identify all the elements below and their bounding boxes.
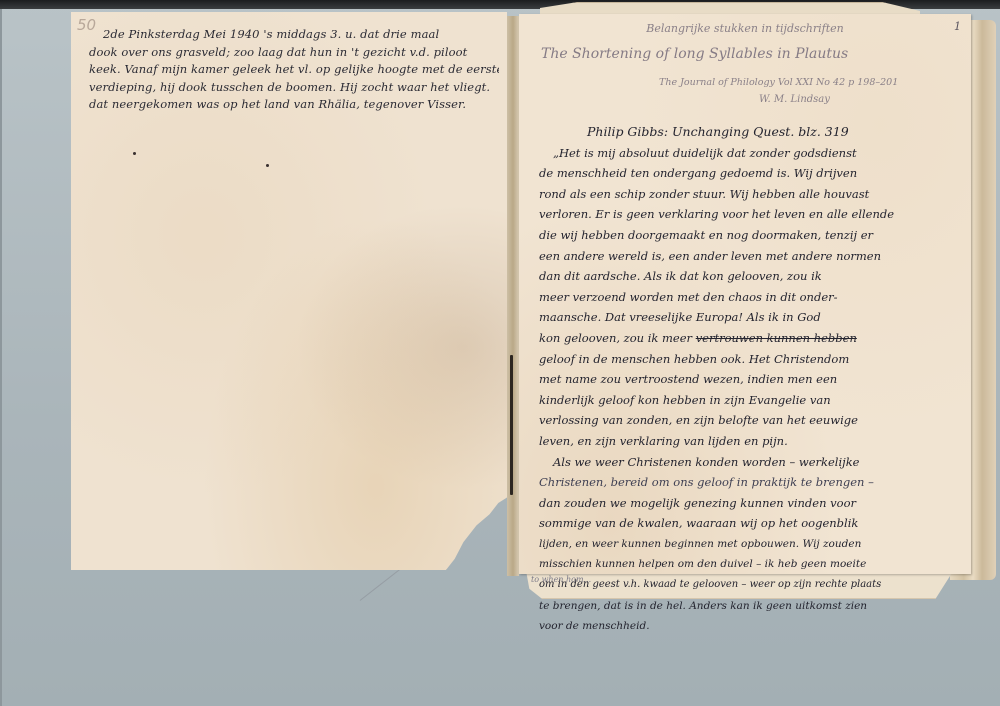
quote-source-title: Philip Gibbs: Unchanging Quest. blz. 319 — [539, 122, 969, 143]
handwritten-quotation: Philip Gibbs: Unchanging Quest. blz. 319… — [539, 122, 969, 637]
text-line: voor de menschheid. — [539, 616, 969, 637]
text-line: Als we weer Christenen konden worden – w… — [539, 452, 969, 473]
text-line: keek. Vanaf mijn kamer geleek het vl. op… — [89, 61, 499, 79]
text-line: misschien kunnen helpen om den duivel – … — [539, 554, 969, 575]
text-line: verloren. Er is geen verklaring voor het… — [539, 204, 969, 225]
text-line: dan zouden we mogelijk genezing kunnen v… — [539, 493, 969, 514]
text-line: dan dit aardsche. Als ik dat kon geloove… — [539, 266, 969, 287]
text-line: maansche. Dat vreeselijke Europa! Als ik… — [539, 307, 969, 328]
text-line: 2de Pinksterdag Mei 1940 's middags 3. u… — [89, 26, 499, 44]
struck-text: vertrouwen kunnen hebben — [696, 331, 857, 345]
text-line: dook over ons grasveld; zoo laag dat hun… — [89, 44, 499, 62]
spine-crack — [510, 355, 513, 495]
handwritten-entry: 2de Pinksterdag Mei 1940 's middags 3. u… — [89, 26, 499, 114]
text-line: leven, en zijn verklaring van lijden en … — [539, 431, 969, 452]
text-line: een andere wereld is, een ander leven me… — [539, 246, 969, 267]
text-line: kon gelooven, zou ik meer vertrouwen kun… — [539, 331, 857, 345]
text-line: verlossing van zonden, en zijn belofte v… — [539, 410, 969, 431]
pencil-journal-reference: The Journal of Philology Vol XXI No 42 p… — [659, 77, 898, 88]
text-line: de menschheid ten ondergang gedoemd is. … — [539, 163, 969, 184]
pencil-author: W. M. Lindsay — [759, 94, 830, 105]
text-line: die wij hebben doorgemaakt en nog doorma… — [539, 225, 969, 246]
text-line: om in den geest v.h. kwaad te gelooven –… — [539, 575, 969, 596]
text-line: Christenen, bereid om ons geloof in prak… — [539, 472, 969, 493]
text-line: kinderlijk geloof kon hebben in zijn Eva… — [539, 390, 969, 411]
left-page: 50 2de Pinksterdag Mei 1940 's middags 3… — [71, 12, 507, 570]
right-page: 1 Belangrijke stukken in tijdschriften T… — [519, 14, 971, 574]
text-line: geloof in de menschen hebben ook. Het Ch… — [539, 349, 969, 370]
text-line: dat neergekomen was op het land van Rhäl… — [89, 96, 499, 114]
text-line: lijden, en weer kunnen beginnen met opbo… — [539, 534, 969, 555]
text-line: meer verzoend worden met den chaos in di… — [539, 287, 969, 308]
text-line-with-strikethrough: kon gelooven, zou ik meer vertrouwen kun… — [539, 328, 969, 349]
ink-speck — [133, 152, 136, 155]
text-line: te brengen, dat is in de hel. Anders kan… — [539, 596, 969, 617]
scanner-left-edge — [0, 9, 2, 706]
text-line: rond als een schip zonder stuur. Wij heb… — [539, 184, 969, 205]
notebook-spine — [507, 16, 519, 576]
text-line: sommige van de kwalen, waaraan wij op he… — [539, 513, 969, 534]
pencil-heading: Belangrijke stukken in tijdschriften — [519, 22, 971, 35]
text-line: verdieping, hij dook tusschen de boomen.… — [89, 79, 499, 97]
text-line: met name zou vertroostend wezen, indien … — [539, 369, 969, 390]
ink-speck — [266, 164, 269, 167]
pencil-article-title: The Shortening of long Syllables in Plau… — [541, 46, 848, 62]
text-line: „Het is mij absoluut duidelijk dat zonde… — [539, 143, 969, 164]
